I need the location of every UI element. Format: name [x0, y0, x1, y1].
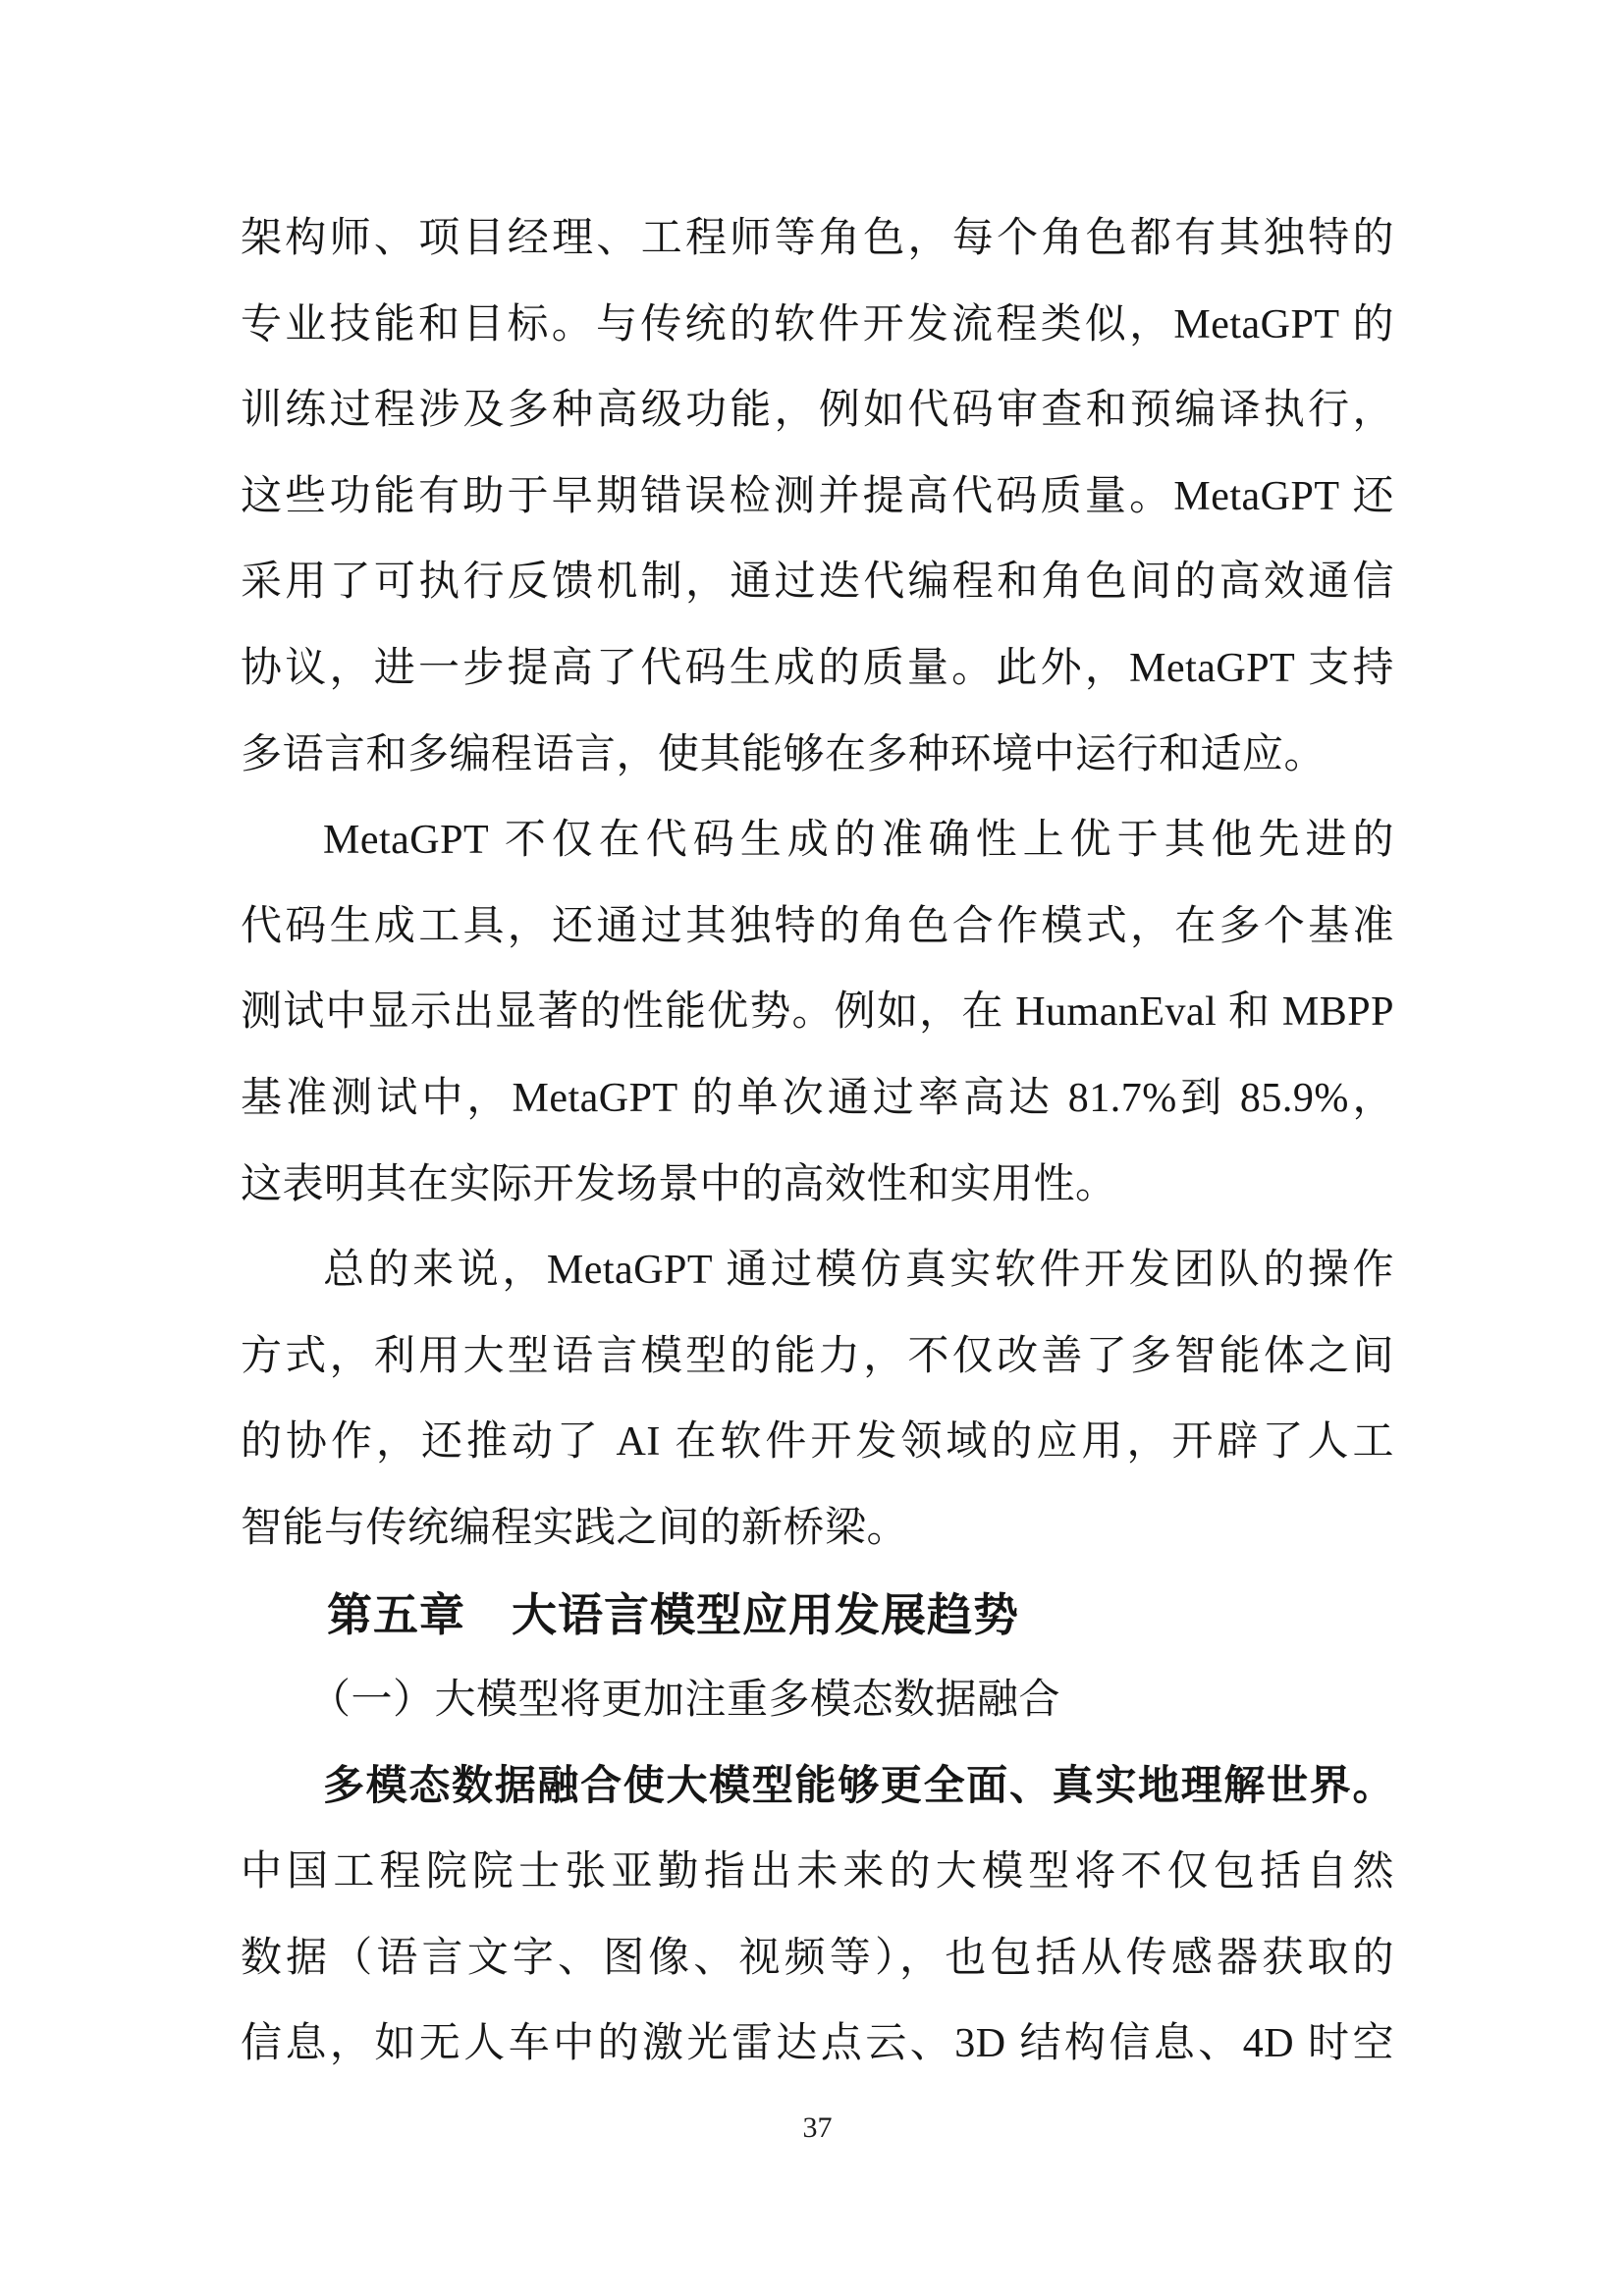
text-line: 方式，利用大型语言模型的能力，不仅改善了多智能体之间 — [241, 1314, 1394, 1401]
text-line: 信息，如无人车中的激光雷达点云、3D 结构信息、4D 时空 — [241, 2002, 1394, 2088]
text-line: 测试中显示出显著的性能优势。例如，在 HumanEval 和 MBPP — [241, 970, 1394, 1056]
chapter-heading: 第五章 大语言模型应用发展趋势 — [241, 1573, 1394, 1659]
text-line: 采用了可执行反馈机制，通过迭代编程和角色间的高效通信 — [241, 540, 1394, 626]
text-line: 数据（语言文字、图像、视频等），也包括从传感器获取的 — [241, 1916, 1394, 2002]
text-line: 这表明其在实际开发场景中的高效性和实用性。 — [241, 1143, 1394, 1229]
text-line: 专业技能和目标。与传统的软件开发流程类似，MetaGPT 的 — [241, 283, 1394, 369]
text-line: 协议，进一步提高了代码生成的质量。此外，MetaGPT 支持 — [241, 626, 1394, 713]
page-number: 37 — [241, 2109, 1394, 2148]
document-page: 架构师、项目经理、工程师等角色，每个角色都有其独特的 专业技能和目标。与传统的软… — [0, 0, 1624, 2296]
text-line: 训练过程涉及多种高级功能，例如代码审查和预编译执行， — [241, 368, 1394, 454]
emphasis-line: 多模态数据融合使大模型能够更全面、真实地理解世界。 — [241, 1744, 1394, 1831]
section-heading: （一）大模型将更加注重多模态数据融合 — [241, 1658, 1394, 1744]
text-line: 总的来说，MetaGPT 通过模仿真实软件开发团队的操作 — [241, 1228, 1394, 1314]
text-line: 架构师、项目经理、工程师等角色，每个角色都有其独特的 — [241, 196, 1394, 283]
text-line: MetaGPT 不仅在代码生成的准确性上优于其他先进的 — [241, 798, 1394, 884]
text-line: 基准测试中，MetaGPT 的单次通过率高达 81.7%到 85.9%， — [241, 1056, 1394, 1143]
text-line: 多语言和多编程语言，使其能够在多种环境中运行和适应。 — [241, 713, 1394, 799]
text-line: 的协作，还推动了 AI 在软件开发领域的应用，开辟了人工 — [241, 1400, 1394, 1486]
text-block: 架构师、项目经理、工程师等角色，每个角色都有其独特的 专业技能和目标。与传统的软… — [241, 196, 1394, 2088]
text-line: 这些功能有助于早期错误检测并提高代码质量。MetaGPT 还 — [241, 454, 1394, 541]
text-line: 中国工程院院士张亚勤指出未来的大模型将不仅包括自然 — [241, 1830, 1394, 1916]
text-line: 代码生成工具，还通过其独特的角色合作模式，在多个基准 — [241, 884, 1394, 971]
text-line: 智能与传统编程实践之间的新桥梁。 — [241, 1486, 1394, 1573]
